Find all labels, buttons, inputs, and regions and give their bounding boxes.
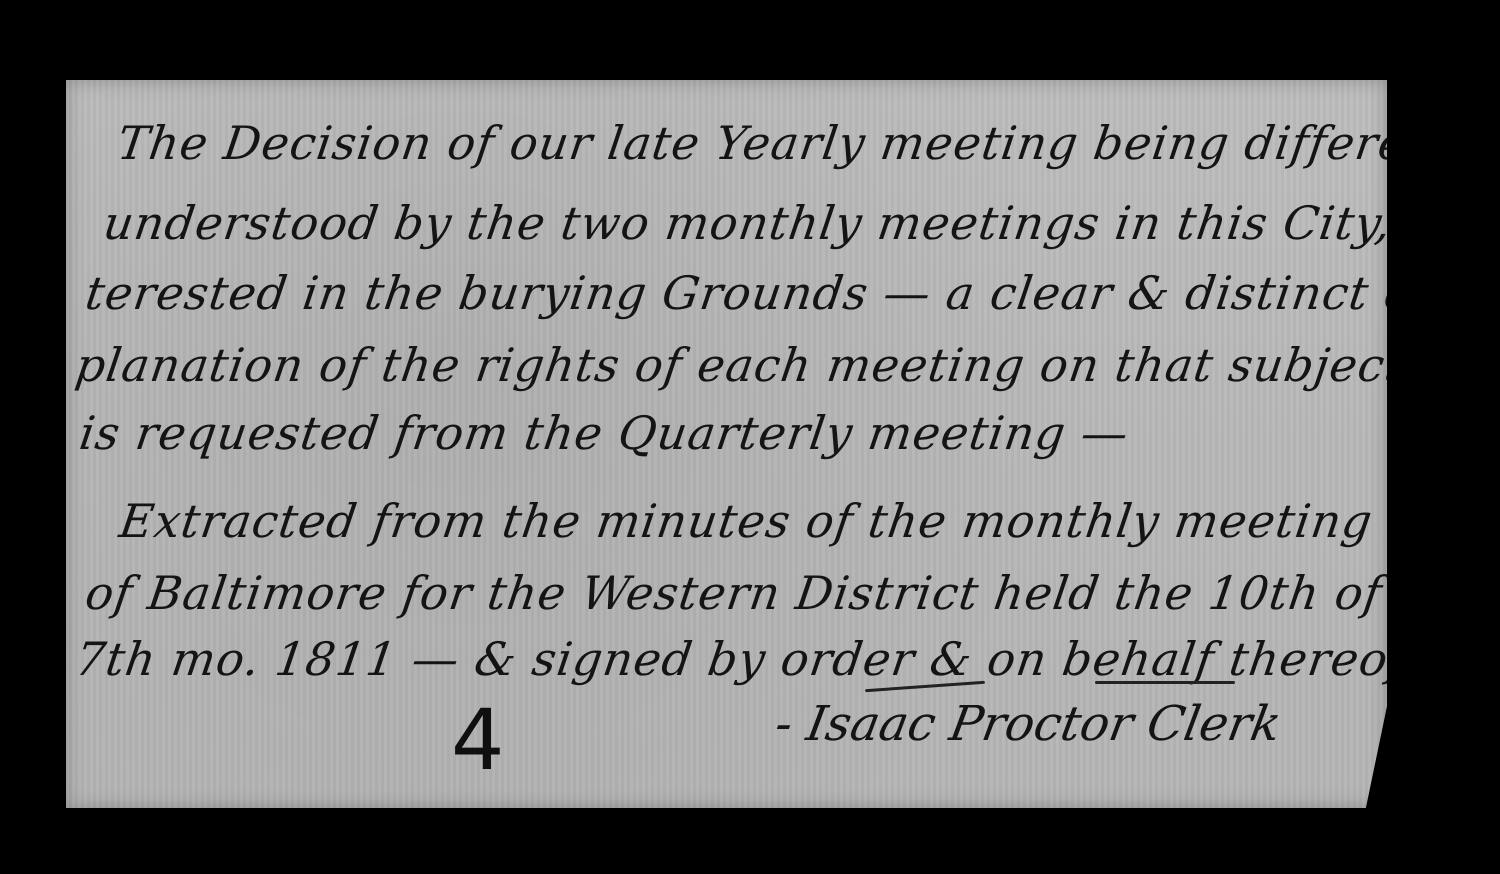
clerk-signature: - Isaac Proctor Clerk (772, 700, 1285, 748)
manuscript-line-1: The Decision of our late Yearly meeting … (115, 120, 1500, 166)
folio-number: 4 (451, 698, 504, 782)
signature-underline (1095, 681, 1235, 684)
manuscript-page: The Decision of our late Yearly meeting … (66, 80, 1387, 808)
manuscript-line-4: planation of the rights of each meeting … (73, 342, 1408, 388)
manuscript-line-3: terested in the burying Grounds — a clea… (83, 270, 1459, 316)
manuscript-line-6: Extracted from the minutes of the monthl… (117, 498, 1376, 544)
manuscript-line-7: of Baltimore for the Western District he… (83, 570, 1386, 616)
manuscript-line-5: is requested from the Quarterly meeting … (77, 410, 1132, 456)
document-viewer: The Decision of our late Yearly meeting … (0, 0, 1500, 874)
manuscript-line-2: understood by the two monthly meetings i… (101, 200, 1473, 246)
manuscript-line-8: 7th mo. 1811 — & signed by order & on be… (73, 636, 1410, 682)
